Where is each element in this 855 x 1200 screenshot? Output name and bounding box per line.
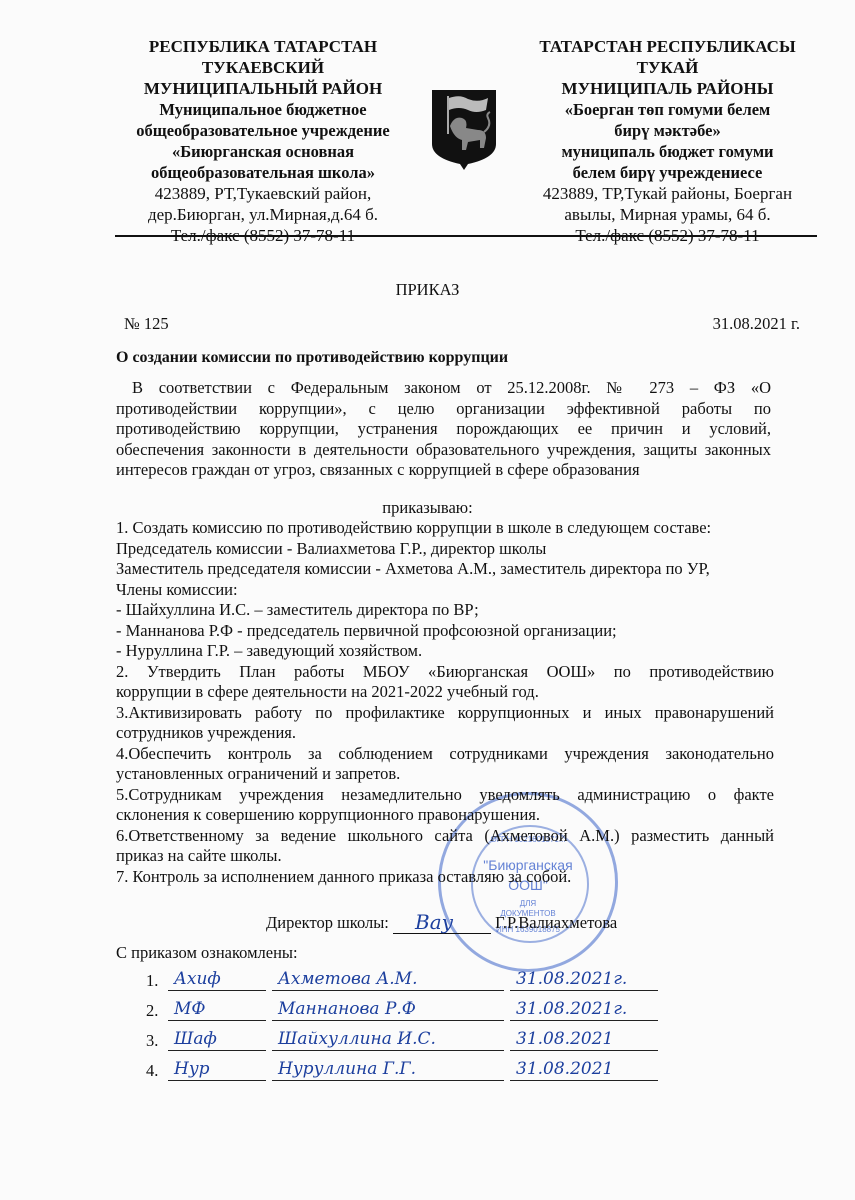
body-line: 4.Обеспечить контроль за соблюдением сот… <box>116 744 774 765</box>
body-line: 5.Сотрудникам учреждения незамедлительно… <box>116 785 774 806</box>
coat-of-arms-icon <box>428 86 500 171</box>
address-tt-line1: 423889, ТР,Тукай районы, Боерган <box>520 183 815 204</box>
republic-title: РЕСПУБЛИКА ТАТАРСТАН <box>108 36 418 57</box>
preamble-line: противодействии коррупции», с целю орган… <box>116 399 771 420</box>
org-name-line1: «Биюрганская основная <box>108 141 418 162</box>
acknowledgement-row: 4.НурНуруллина Г.Г.31.08.2021 <box>146 1058 664 1081</box>
handwritten-name: Ахметова А.М. <box>278 969 418 990</box>
signature-line: Вау <box>393 915 491 934</box>
stamp-purpose-1: ДЛЯ <box>441 899 615 908</box>
handwritten-initials: Ахиф <box>174 969 221 990</box>
handwritten-date: 31.08.2021 <box>516 1029 613 1050</box>
order-body: 1. Создать комиссию по противодействию к… <box>116 518 774 887</box>
acknowledgement-row: 3.ШафШайхуллина И.С.31.08.2021 <box>146 1028 664 1051</box>
header-right-org-block: ТАТАРСТАН РЕСПУБЛИКАСЫ ТУКАЙ МУНИЦИПАЛЬ … <box>520 36 815 246</box>
org-name-tt-line1: «Боерган төп гомуми белем <box>520 99 815 120</box>
body-line: - Маннанова Р.Ф - председатель первичной… <box>116 621 774 642</box>
district-title-tt: ТУКАЙ <box>520 57 815 78</box>
director-signature-block: Директор школы: Вау Г.Р.Валиахметова <box>266 913 617 934</box>
row-number: 4. <box>146 1061 168 1082</box>
body-line: склонения к совершению коррупционного пр… <box>116 805 774 826</box>
preamble-line: обеспечения законности в деятельности об… <box>116 440 771 461</box>
body-line: Члены комиссии: <box>116 580 774 601</box>
director-label: Директор школы: <box>266 913 389 932</box>
body-line: сотрудников учреждения. <box>116 723 774 744</box>
body-line: 1. Создать комиссию по противодействию к… <box>116 518 774 539</box>
row-number: 1. <box>146 971 168 992</box>
order-number: № 125 <box>124 314 169 335</box>
body-line: - Нуруллина Г.Р. – заведующий хозяйством… <box>116 641 774 662</box>
director-handwritten-signature: Вау <box>415 912 453 933</box>
preamble-line: интересов граждан от угроз, связанных с … <box>116 460 771 481</box>
preamble-line: противодействию коррупции, устранения по… <box>116 419 771 440</box>
row-number: 2. <box>146 1001 168 1022</box>
handwritten-date: 31.08.2021г. <box>516 969 627 990</box>
body-line: - Шайхуллина И.С. – заместитель директор… <box>116 600 774 621</box>
body-line: приказ на сайте школы. <box>116 846 774 867</box>
org-name-tt-line2: бирү мәктәбе» <box>520 120 815 141</box>
address-line1: 423889, РТ,Тукаевский район, <box>108 183 418 204</box>
district-subtitle-tt: МУНИЦИПАЛЬ РАЙОНЫ <box>520 78 815 99</box>
district-title: ТУКАЕВСКИЙ <box>108 57 418 78</box>
body-line: 3.Активизировать работу по профилактике … <box>116 703 774 724</box>
preamble-line: В соответствии с Федеральным законом от … <box>116 378 771 399</box>
body-line: Председатель комиссии - Валиахметова Г.Р… <box>116 539 774 560</box>
org-name-line2: общеобразовательная школа» <box>108 162 418 183</box>
order-subject: О создании комиссии по противодействию к… <box>116 348 508 369</box>
body-line: 2. Утвердить План работы МБОУ «Биюрганск… <box>116 662 774 683</box>
address-tt-line2: авылы, Мирная урамы, 64 б. <box>520 204 815 225</box>
republic-title-tt: ТАТАРСТАН РЕСПУБЛИКАСЫ <box>520 36 815 57</box>
body-line: коррупции в сфере деятельности на 2021-2… <box>116 682 774 703</box>
body-line: установленных ограничений и запретов. <box>116 764 774 785</box>
handwritten-initials: Шаф <box>174 1029 217 1050</box>
handwritten-initials: МФ <box>174 999 206 1020</box>
order-date: 31.08.2021 г. <box>713 314 800 335</box>
district-subtitle: МУНИЦИПАЛЬНЫЙ РАЙОН <box>108 78 418 99</box>
director-name: Г.Р.Валиахметова <box>495 913 617 932</box>
org-type-tt-line2: белем бирү учреждениесе <box>520 162 815 183</box>
header-divider <box>115 235 817 237</box>
handwritten-date: 31.08.2021 <box>516 1059 613 1080</box>
address-line2: дер.Биюрган, ул.Мирная,д.64 б. <box>108 204 418 225</box>
acknowledgement-row: 2.МФМаннанова Р.Ф31.08.2021г. <box>146 998 664 1021</box>
acknowledgement-title: С приказом ознакомлены: <box>116 943 298 964</box>
handwritten-name: Маннанова Р.Ф <box>278 999 416 1020</box>
header-left-org-block: РЕСПУБЛИКА ТАТАРСТАН ТУКАЕВСКИЙ МУНИЦИПА… <box>108 36 418 246</box>
acknowledgement-row: 1.АхифАхметова А.М.31.08.2021г. <box>146 968 664 991</box>
org-type-line1: Муниципальное бюджетное <box>108 99 418 120</box>
order-word: приказываю: <box>0 498 855 519</box>
body-line: 6.Ответственному за ведение школьного са… <box>116 826 774 847</box>
org-type-line2: общеобразовательное учреждение <box>108 120 418 141</box>
body-line: 7. Контроль за исполнением данного прика… <box>116 867 774 888</box>
handwritten-name: Шайхуллина И.С. <box>278 1029 436 1050</box>
body-line: Заместитель председателя комиссии - Ахме… <box>116 559 774 580</box>
handwritten-date: 31.08.2021г. <box>516 999 627 1020</box>
document-type-title: ПРИКАЗ <box>0 280 855 301</box>
handwritten-initials: Нур <box>174 1059 210 1080</box>
row-number: 3. <box>146 1031 168 1052</box>
org-type-tt-line1: муниципаль бюджет гомуми <box>520 141 815 162</box>
preamble-paragraph: В соответствии с Федеральным законом от … <box>116 378 771 481</box>
handwritten-name: Нуруллина Г.Г. <box>278 1059 416 1080</box>
